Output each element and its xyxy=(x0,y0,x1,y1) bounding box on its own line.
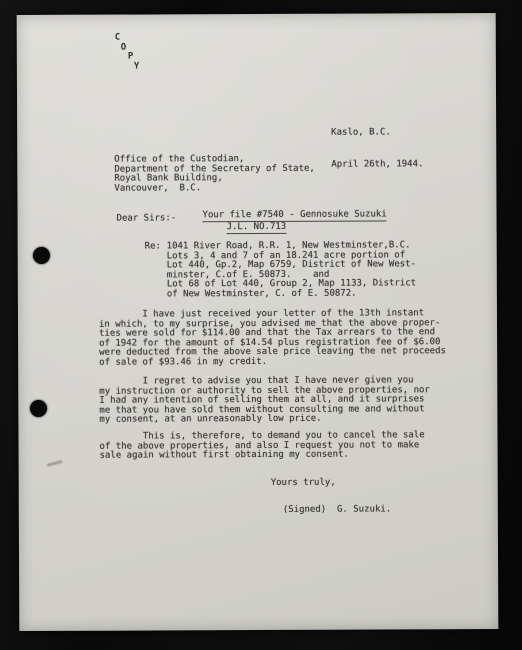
place-line: Kaslo, B.C. xyxy=(331,127,423,138)
letter-paragraph-1: I have just received your letter of the … xyxy=(99,309,446,368)
subject-reference: Your file #7540 - Gennosuke Suzuki J.L. … xyxy=(17,13,496,15)
letter-paragraph-2: I regret to advise you that I have never… xyxy=(99,376,430,425)
copy-stamp: C O P Y xyxy=(17,13,496,15)
letter-paper: C O P Y Kaslo, B.C. April 26th, 1944. Of… xyxy=(17,13,499,631)
copy-stamp-letter: P xyxy=(128,52,133,62)
copy-stamp-letter: C xyxy=(115,33,120,43)
salutation: Dear Sirs:- xyxy=(117,214,177,224)
hole-punch-mark xyxy=(33,247,50,264)
subject-line-2: J.L. NO.713 xyxy=(227,223,287,234)
date-block: Kaslo, B.C. April 26th, 1944. xyxy=(331,105,424,192)
pencil-smudge xyxy=(46,460,62,467)
scan-background: C O P Y Kaslo, B.C. April 26th, 1944. Of… xyxy=(0,0,522,650)
re-label: Re: xyxy=(145,242,161,252)
closing-salutation: Yours truly, xyxy=(271,479,336,489)
re-description: 1041 River Road, R.R. 1, New Westminster… xyxy=(167,241,416,300)
copy-stamp-letter: O xyxy=(121,43,126,53)
signature-line: (Signed) G. Suzuki. xyxy=(283,505,391,515)
date-line: April 26th, 1944. xyxy=(331,159,423,170)
copy-stamp-letter: Y xyxy=(134,62,139,72)
recipient-address: Office of the Custodian, Department of t… xyxy=(114,155,315,194)
subject-line-1: Your file #7540 - Gennosuke Suzuki xyxy=(203,210,387,222)
hole-punch-mark xyxy=(30,400,47,417)
letter-paragraph-3: This is, therefore, to demand you to can… xyxy=(99,431,424,461)
